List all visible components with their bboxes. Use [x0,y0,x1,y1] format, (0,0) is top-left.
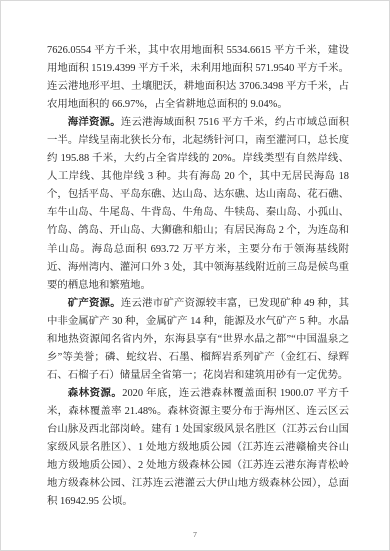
paragraph-text: 7626.0554 平方千米，其中农用地面积 5534.6615 平方千米，建设… [47,45,349,110]
paragraph-marine-resources: 海洋资源。连云港海域面积 7516 平方千米，约占市域总面积一半。岸线呈南北狭长… [47,114,349,294]
paragraph-forest-resources: 森林资源。2020 年底，连云港森林覆盖面积 1900.07 平方千米，森林覆盖… [47,385,349,511]
paragraph-mineral-resources: 矿产资源。连云港市矿产资源较丰富，已发现矿种 49 种，其中非金属矿产 30 种… [47,295,349,385]
paragraph-text: 连云港市矿产资源较丰富，已发现矿种 49 种，其中非金属矿产 30 种，金属矿产… [47,298,349,381]
paragraph-text: 2020 年底，连云港森林覆盖面积 1900.07 平方千米，森林覆盖率 21.… [47,388,349,507]
section-heading-mineral: 矿产资源。 [68,298,121,309]
section-heading-forest: 森林资源。 [68,388,122,399]
paragraph-land-area: 7626.0554 平方千米，其中农用地面积 5534.6615 平方千米，建设… [47,42,349,114]
page-number: 7 [1,530,389,540]
document-page: 7626.0554 平方千米，其中农用地面积 5534.6615 平方千米，建设… [0,0,390,551]
page-content: 7626.0554 平方千米，其中农用地面积 5534.6615 平方千米，建设… [47,42,349,511]
paragraph-text: 连云港海域面积 7516 平方千米，约占市域总面积一半。岸线呈南北狭长分布，北起… [47,117,349,290]
section-heading-marine: 海洋资源。 [68,117,121,128]
